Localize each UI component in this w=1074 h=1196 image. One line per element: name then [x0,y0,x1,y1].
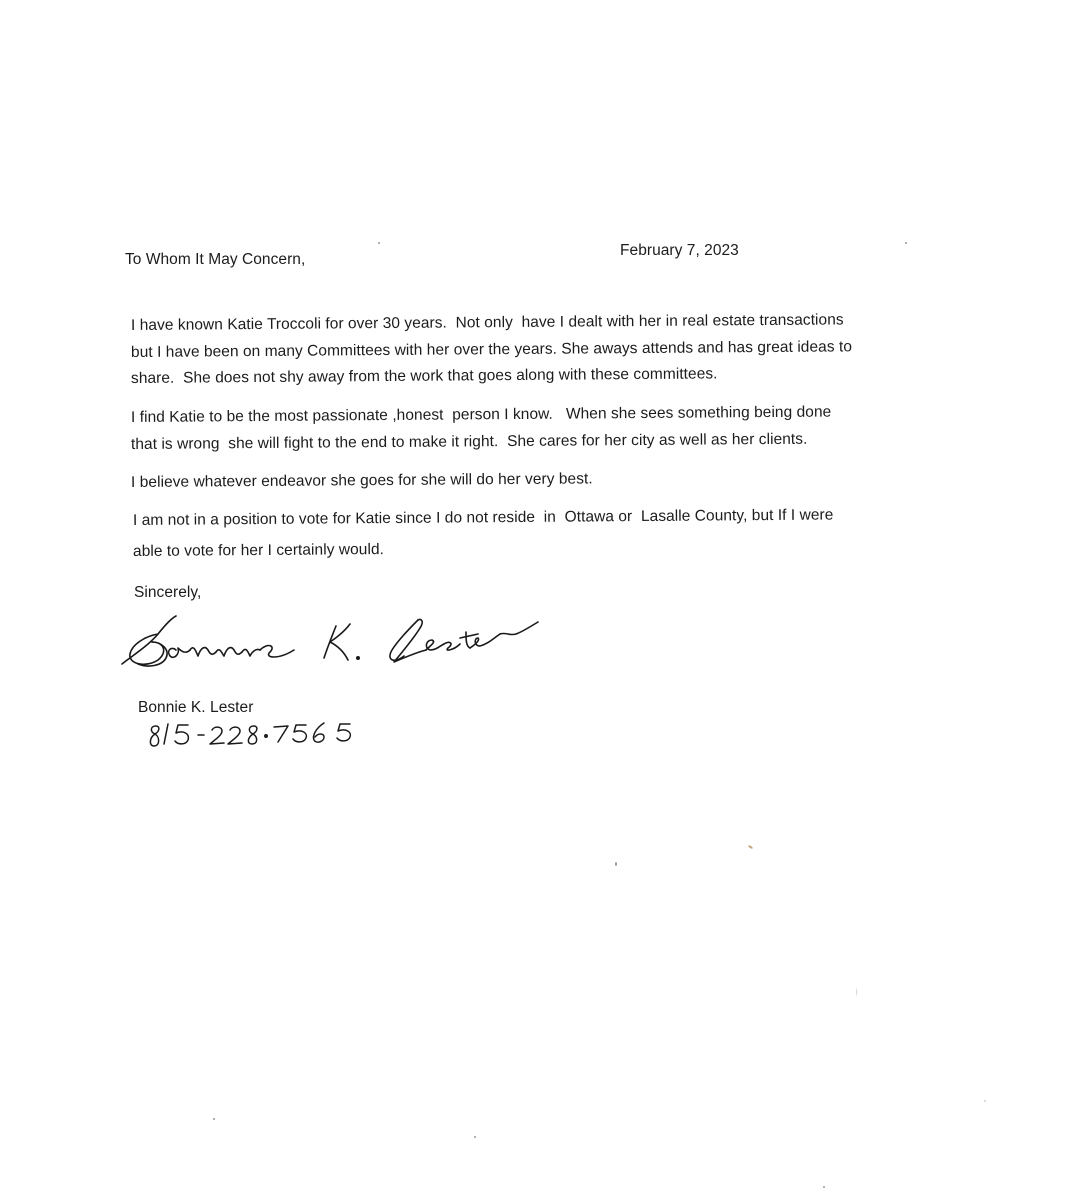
scan-speck [905,242,907,244]
handwritten-signature [118,606,568,676]
paragraph-1-line-3: share. She does not shy away from the wo… [131,366,718,386]
paragraph-4-line-2: able to vote for her I certainly would. [133,542,384,559]
scan-speck [748,845,753,850]
paragraph-2-line-2: that is wrong she will fight to the end … [131,432,808,453]
paragraph-1-line-2: but I have been on many Committees with … [131,339,852,360]
letter-date: February 7, 2023 [620,243,739,259]
handwritten-phone-number [146,720,361,754]
scan-speck [823,1186,825,1188]
closing: Sincerely, [134,585,201,601]
signer-name: Bonnie K. Lester [138,700,253,716]
scan-speck [984,1100,986,1102]
scan-speck [213,1118,215,1120]
scan-speck [378,242,380,244]
salutation: To Whom It May Concern, [125,252,305,268]
paragraph-4-line-1: I am not in a position to vote for Katie… [133,507,834,528]
paragraph-3-line-1: I believe whatever endeavor she goes for… [131,471,593,490]
scan-speck [474,1136,476,1138]
scan-speck [615,862,617,866]
letter-page: To Whom It May Concern, February 7, 2023… [0,0,1074,1196]
paragraph-1-line-1: I have known Katie Troccoli for over 30 … [131,312,844,333]
scan-speck [856,988,857,996]
paragraph-2-line-1: I find Katie to be the most passionate ,… [131,405,831,426]
